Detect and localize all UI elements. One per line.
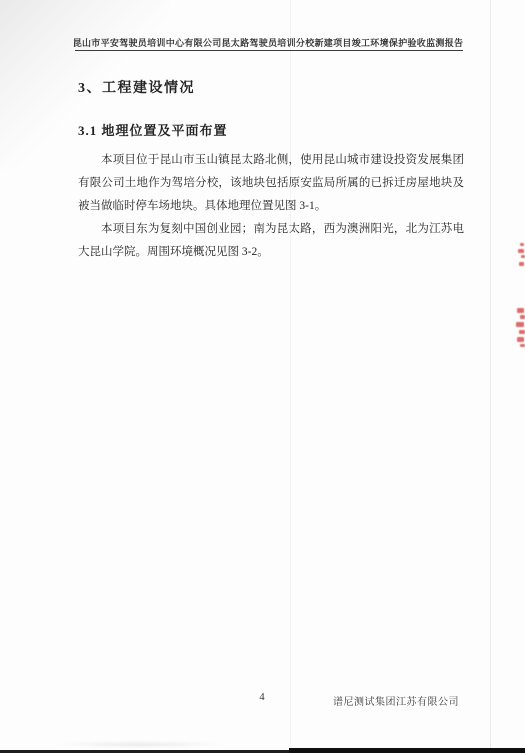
stamp-fragment (518, 249, 524, 253)
stamp-fragment (520, 344, 525, 347)
page-header-title: 昆山市平安驾驶员培训中心有限公司昆太路驾驶员培训分校新建项目竣工环境保护验收监测… (68, 36, 468, 49)
stamp-fragment (520, 243, 524, 246)
paragraph: 本项目东为复刻中国创业园；南为昆太路，西为澳洲阳光，北为江苏电大昆山学院。周围环… (78, 218, 464, 264)
scan-smudge (55, 741, 225, 748)
stamp-fragment (516, 322, 524, 327)
stamp-fragment (517, 308, 524, 313)
stamp-fragment (520, 315, 525, 319)
footer-page-number: 4 (240, 692, 284, 703)
stamp-fragment (519, 330, 525, 334)
body-text: 本项目位于昆山市玉山镇昆太路北侧，使用昆山城市建设投资发展集团有限公司土地作为驾… (78, 149, 464, 264)
paragraph: 本项目位于昆山市玉山镇昆太路北侧，使用昆山城市建设投资发展集团有限公司土地作为驾… (78, 149, 464, 218)
scan-bottom-edge (289, 748, 525, 753)
stamp-fragment (519, 262, 524, 266)
header-rule (75, 50, 463, 51)
subsection-heading: 3.1 地理位置及平面布置 (78, 120, 228, 139)
footer-company: 谱尼测试集团江苏有限公司 (333, 693, 459, 708)
stamp-fragment (521, 255, 525, 258)
section-heading: 3、工程建设情况 (78, 77, 195, 97)
scan-fold-line (490, 0, 491, 753)
scanned-report-page: 昆山市平安驾驶员培训中心有限公司昆太路驾驶员培训分校新建项目竣工环境保护验收监测… (0, 0, 525, 753)
scan-fold-line (290, 0, 291, 753)
stamp-fragment (517, 337, 524, 342)
